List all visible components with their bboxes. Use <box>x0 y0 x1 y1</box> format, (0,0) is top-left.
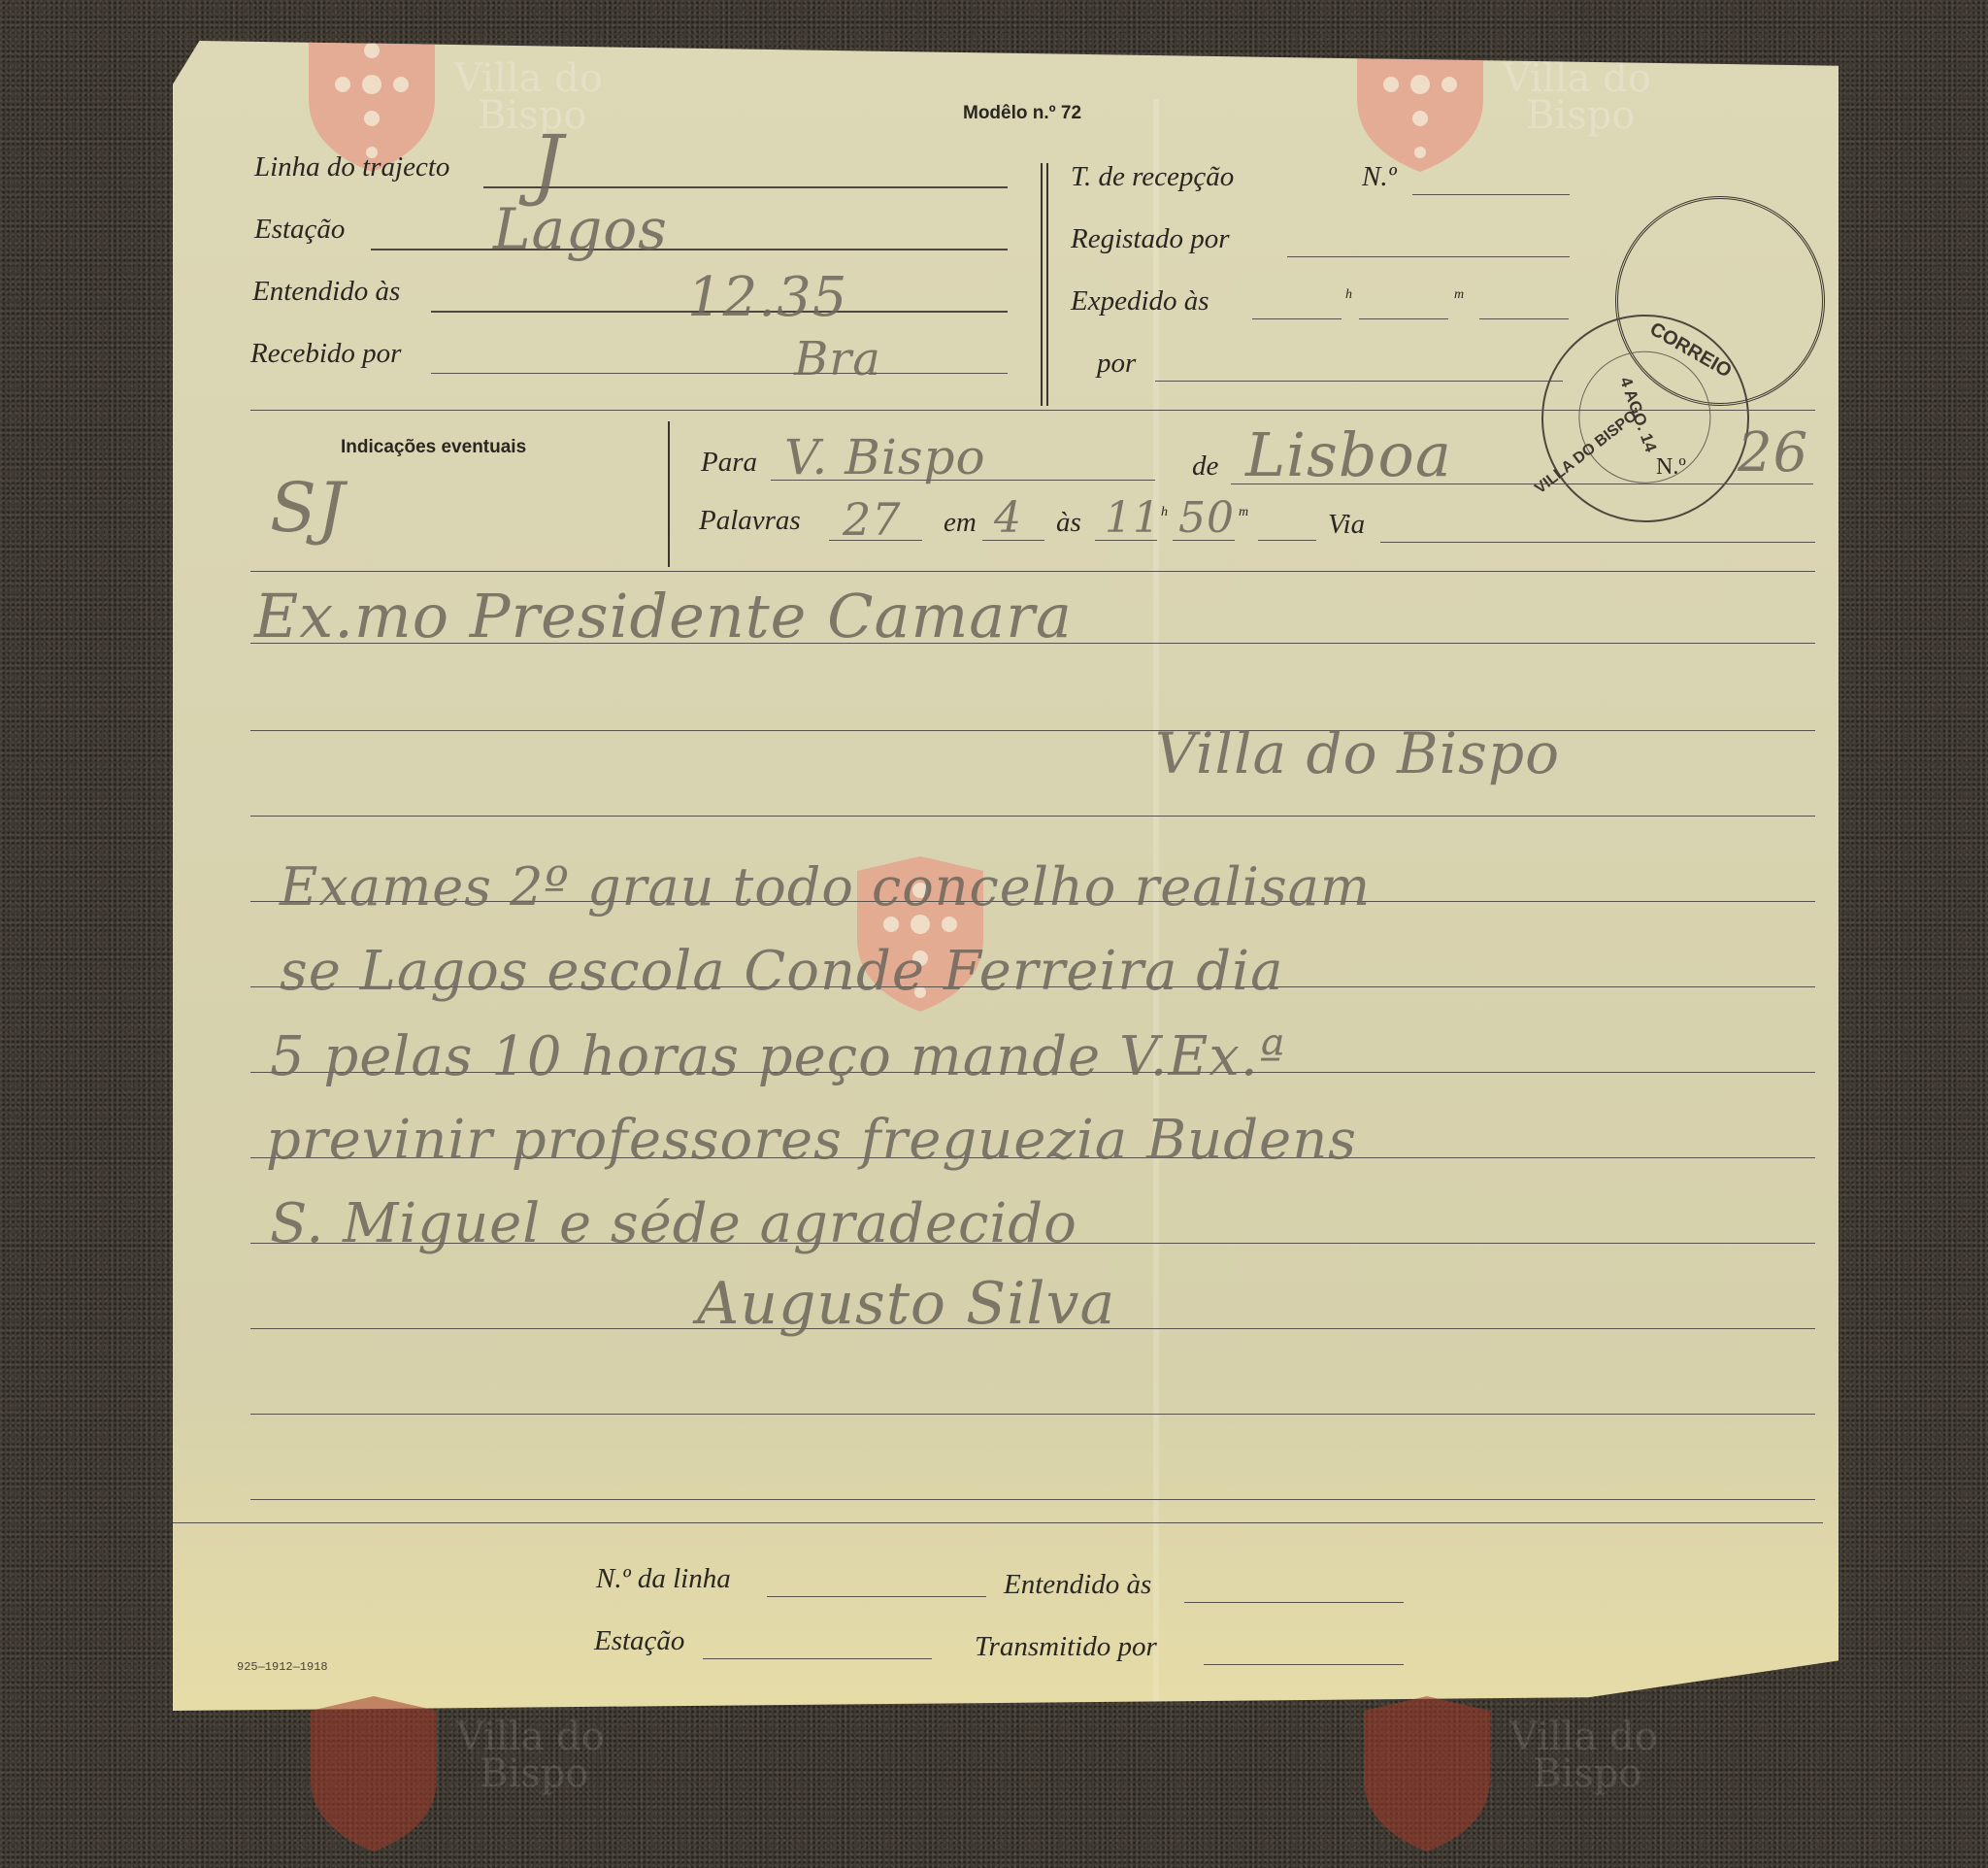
section-separator <box>250 410 1815 411</box>
print-code: 925—1912—1918 <box>237 1660 328 1674</box>
watermark-line1: Villa do <box>1503 60 1651 97</box>
value-estacao: Lagos <box>493 196 668 262</box>
section-separator <box>173 1522 1823 1523</box>
value-indicacoes: SJ <box>270 468 346 548</box>
value-as-hours: 11 <box>1105 493 1161 543</box>
label-recebido-por: Recebido por <box>250 338 401 370</box>
field-expedido-minutes <box>1359 318 1448 319</box>
label-estacao: Estação <box>254 214 345 246</box>
field-estacao-footer <box>703 1658 932 1659</box>
coat-of-arms-watermark-icon <box>1352 12 1488 177</box>
label-entendido-as-footer: Entendido às <box>1004 1569 1151 1601</box>
message-rule <box>250 730 1815 731</box>
header-divider <box>1041 163 1043 406</box>
watermark-line1: Villa do <box>1509 1718 1658 1755</box>
value-entendido-as: 12.35 <box>687 266 847 329</box>
coat-of-arms-watermark-icon <box>306 1691 442 1856</box>
minutes-mark: m <box>1454 287 1464 303</box>
field-expedido-extra <box>1479 318 1569 319</box>
hours-mark: h <box>1345 287 1352 303</box>
value-numero-telegrama: 26 <box>1738 421 1808 484</box>
label-estacao-footer: Estação <box>594 1625 684 1657</box>
message-rule <box>250 816 1815 817</box>
field-entendido-as-footer <box>1184 1602 1404 1603</box>
value-recebido-por: Bra <box>794 332 881 386</box>
watermark-text: Villa doBispo <box>1503 60 1651 134</box>
hours-mark: h <box>1161 505 1168 520</box>
message-line: se Lagos escola Conde Ferreira dia <box>280 940 1283 1003</box>
label-de: de <box>1192 450 1218 483</box>
value-para: V. Bispo <box>784 429 986 485</box>
message-line: 5 pelas 10 horas peço mande V.Ex.ª <box>270 1025 1285 1088</box>
field-expedido-hours <box>1252 318 1342 319</box>
value-palavras: 27 <box>843 493 902 546</box>
message-line: Villa do Bispo <box>1155 720 1560 786</box>
field-transmitido-por <box>1204 1664 1404 1665</box>
value-as-minutes: 50 <box>1178 493 1235 543</box>
label-para: Para <box>701 447 757 479</box>
watermark-text: Villa doBispo <box>1509 1718 1658 1792</box>
watermark-line2: Bispo <box>1533 1755 1658 1792</box>
label-palavras: Palavras <box>699 505 801 537</box>
label-entendido-as: Entendido às <box>252 276 400 308</box>
field-por <box>1155 381 1563 382</box>
watermark-line2: Bispo <box>480 1755 605 1792</box>
watermark-line2: Bispo <box>1526 97 1651 134</box>
field-n-linha <box>767 1596 986 1597</box>
coat-of-arms-watermark-icon <box>1359 1691 1495 1856</box>
watermark-line1: Villa do <box>454 60 603 97</box>
label-em: em <box>944 507 977 539</box>
label-por: por <box>1097 348 1136 380</box>
header-divider <box>1046 163 1048 406</box>
label-numero-telegrama: N.º <box>1656 454 1686 481</box>
indicacoes-divider <box>668 421 670 567</box>
message-rule <box>250 1499 1815 1500</box>
field-via <box>1380 542 1815 543</box>
label-indicacoes: Indicações eventuais <box>341 437 526 458</box>
section-separator <box>250 571 1815 572</box>
message-line: S. Miguel e séde agradecido <box>270 1192 1077 1255</box>
value-de: Lisboa <box>1245 419 1452 490</box>
label-as: às <box>1056 507 1081 539</box>
label-t-recepcao: T. de recepção <box>1071 161 1234 193</box>
label-registado-por: Registado por <box>1071 223 1230 255</box>
minutes-mark: m <box>1239 505 1248 520</box>
message-line: previnir professores freguezia Budens <box>266 1109 1357 1172</box>
label-transmitido-por: Transmitido por <box>975 1631 1157 1663</box>
label-via: Via <box>1328 509 1365 541</box>
model-number: Modêlo n.º 72 <box>963 103 1081 124</box>
watermark-text: Villa doBispo <box>454 60 603 134</box>
watermark-line1: Villa do <box>456 1718 605 1755</box>
field-as-extra <box>1258 540 1316 541</box>
field-registado-por <box>1287 256 1570 257</box>
field-estacao <box>371 249 1008 250</box>
message-rule <box>250 1414 1815 1415</box>
telegram-form: Villa doBispo Villa doBispo Modêlo n.º 7… <box>173 41 1839 1711</box>
label-linha-trajecto: Linha do trajecto <box>254 151 449 183</box>
label-expedido-as: Expedido às <box>1071 285 1209 317</box>
value-em: 4 <box>994 493 1022 543</box>
watermark-text: Villa doBispo <box>456 1718 605 1792</box>
label-n-linha: N.º da linha <box>596 1563 731 1595</box>
message-line: Exames 2º grau todo concelho realisam <box>280 856 1371 917</box>
message-line: Ex.mo Presidente Camara <box>254 581 1073 651</box>
field-t-recepcao-numero <box>1412 194 1570 195</box>
signature: Augusto Silva <box>697 1270 1115 1338</box>
label-numero: N.º <box>1362 161 1397 193</box>
field-recebido-por <box>431 373 1008 374</box>
